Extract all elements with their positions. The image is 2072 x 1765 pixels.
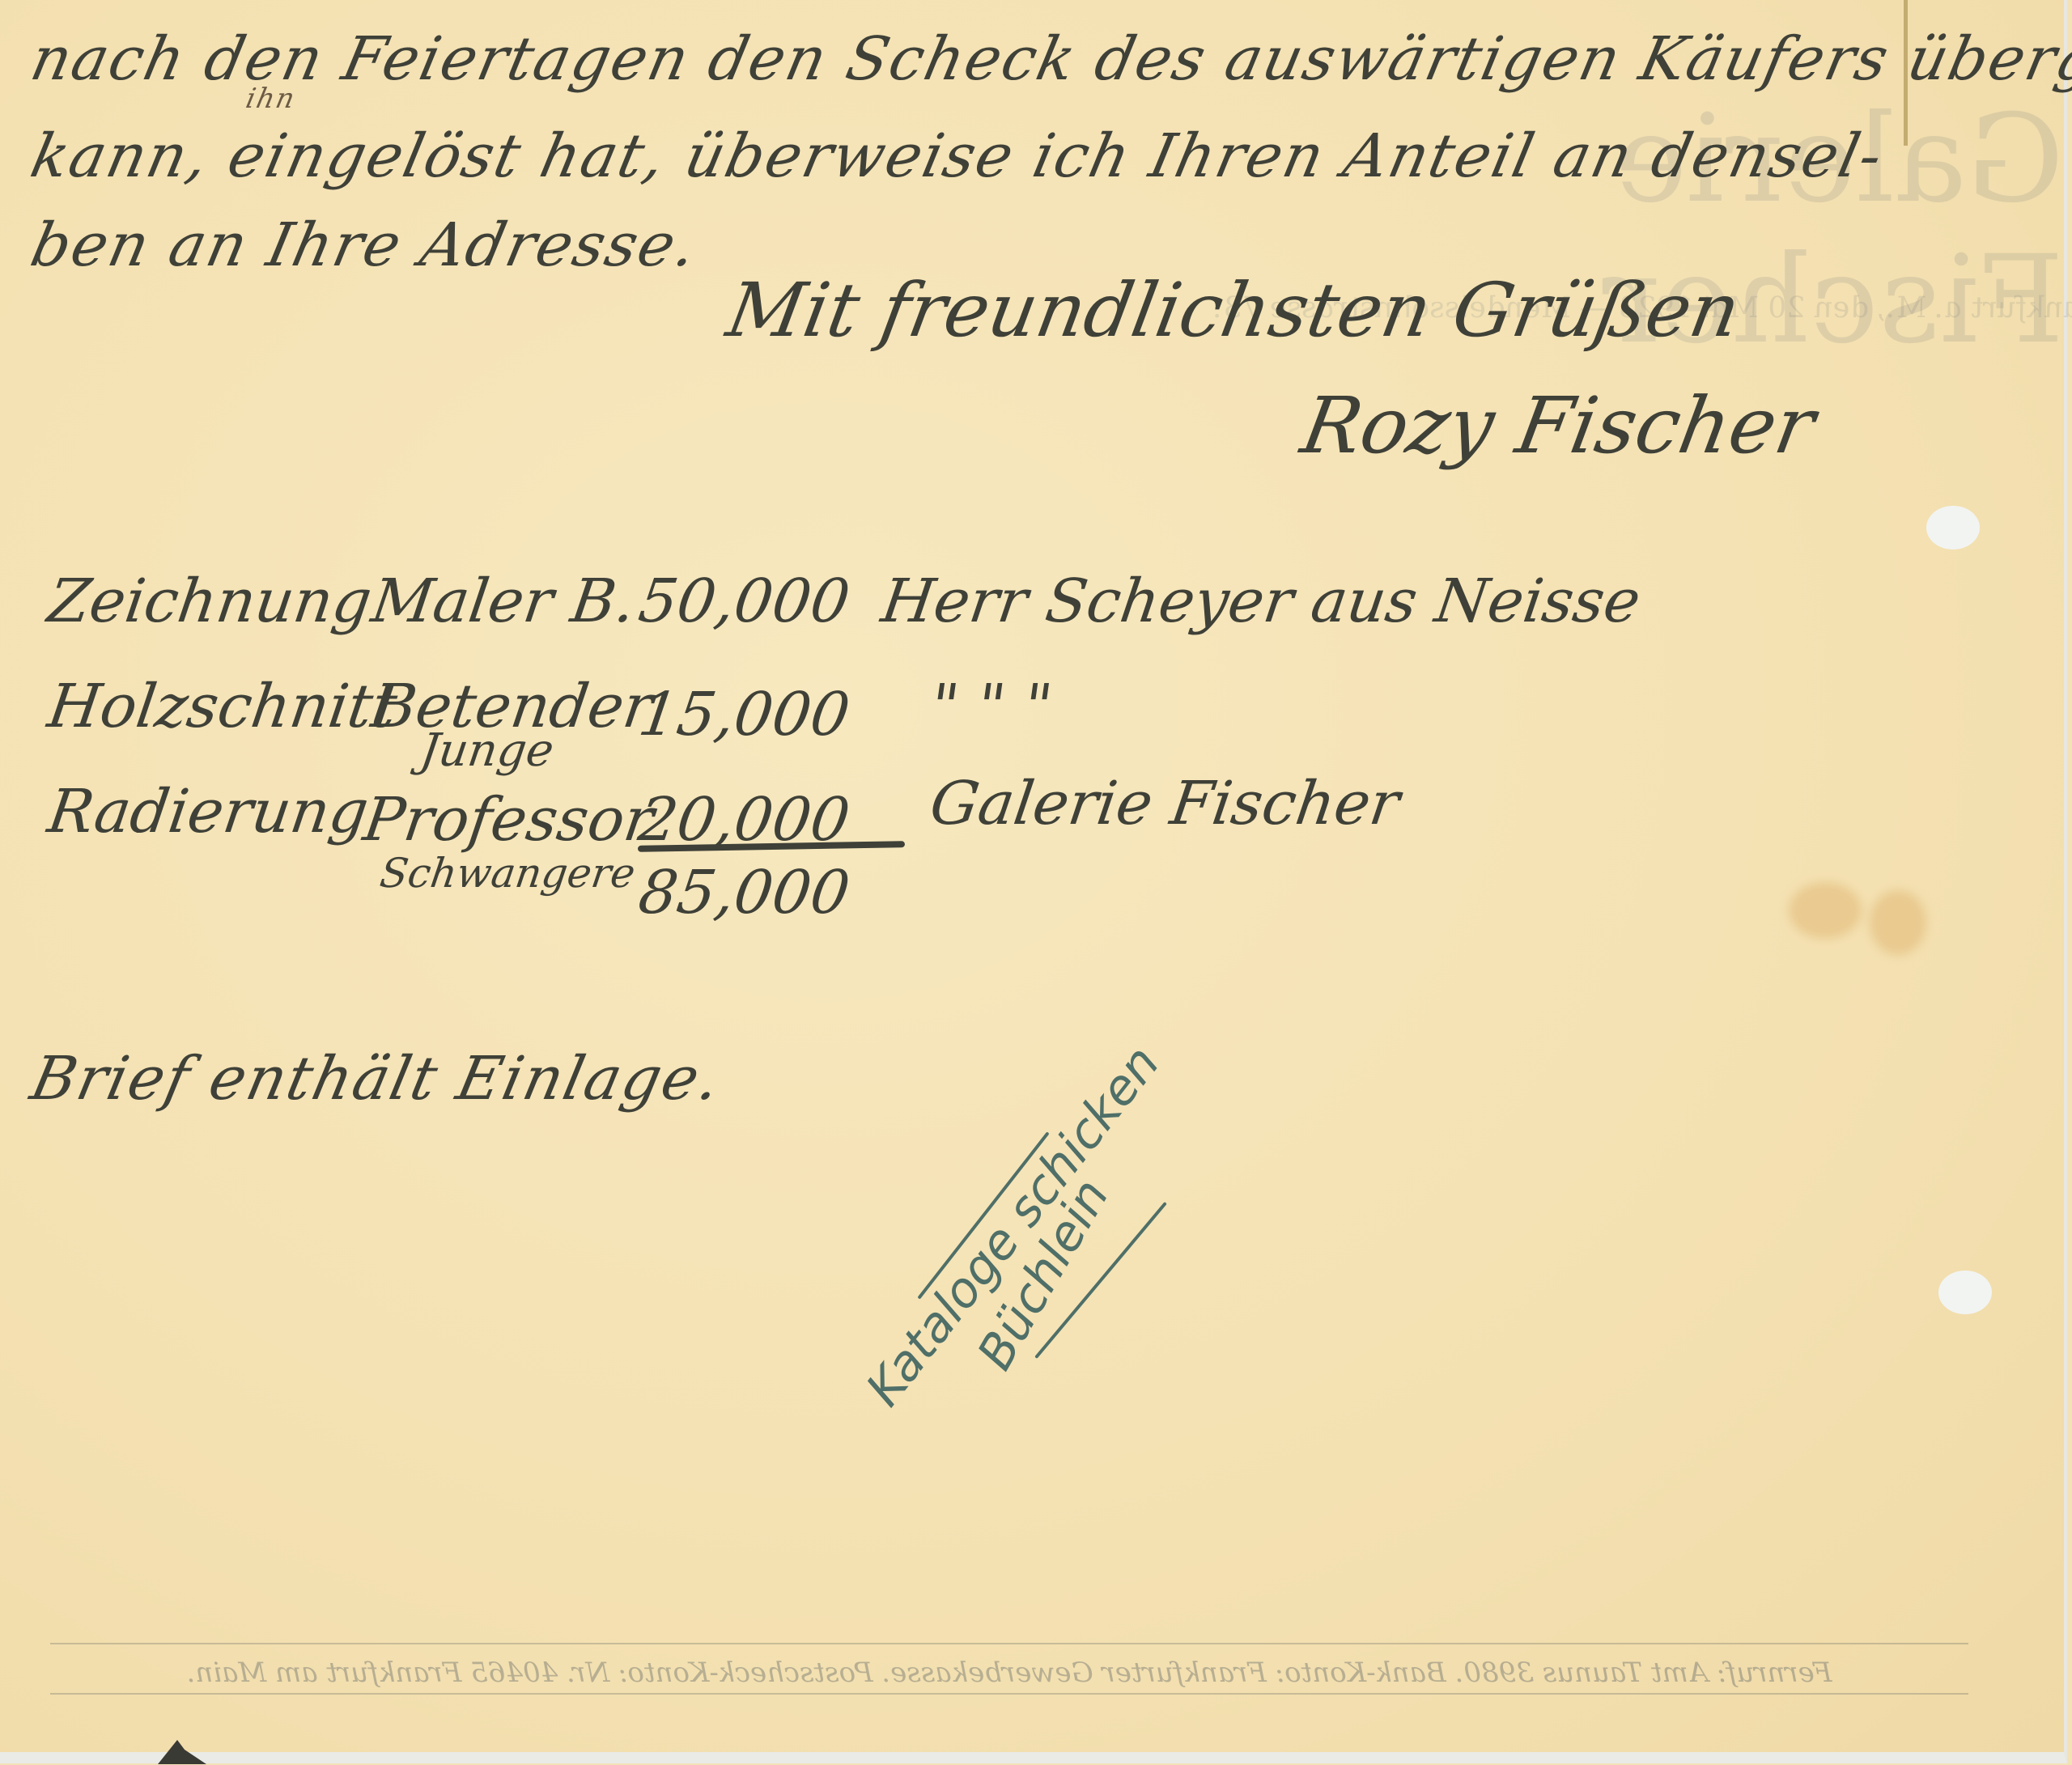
closing-greeting: Mit freundlichsten Grüßen xyxy=(721,267,1747,354)
body-line-2-start: kann, xyxy=(25,121,216,191)
stain xyxy=(1789,882,1862,939)
stain xyxy=(1870,890,1926,955)
body-line-1: nach den Feiertagen den Scheck des auswä… xyxy=(25,24,2072,94)
letter-page: Galerie Fischer Frankfurt a. M., den 20 … xyxy=(0,0,2067,1763)
row-3-buyer: Galerie Fischer xyxy=(926,769,1403,838)
footer-bank-info: Fernruf: Amt Taunus 3980. Bank-Konto: Fr… xyxy=(50,1657,1968,1689)
total-amount: 85,000 xyxy=(635,858,854,927)
punch-hole-top xyxy=(1926,506,1980,549)
row-2-amount: 15,000 xyxy=(635,680,854,749)
row-1-buyer: Herr Scheyer aus Neisse xyxy=(877,566,1645,636)
punch-hole-bottom xyxy=(1938,1271,1992,1314)
row-2-buyer-ditto: " " " xyxy=(926,672,1056,741)
body-line-2-end: eingelöst hat, überweise ich Ihren Antei… xyxy=(222,121,1889,191)
row-3-artist-bottom: Schwangere xyxy=(377,850,639,897)
footer-rule-bottom xyxy=(50,1693,1968,1695)
enclosure-note: Brief enthält Einlage. xyxy=(25,1044,728,1114)
row-3-medium: Radierung xyxy=(44,777,373,846)
footer-rule-top xyxy=(50,1643,1968,1644)
inserted-word: ihn xyxy=(243,83,299,115)
body-line-2: kann, ihn eingelöst hat, überweise ich I… xyxy=(25,121,1890,191)
row-2-medium: Holzschnitt xyxy=(44,672,401,741)
row-1-medium: Zeichnung xyxy=(44,566,376,636)
row-1-amount: 50,000 xyxy=(635,566,854,636)
row-1-artist: Maler B. xyxy=(367,566,639,636)
signature: Rozy Fischer xyxy=(1295,380,1821,471)
ink-smudge xyxy=(158,1740,206,1764)
row-3-artist: Professor xyxy=(359,785,658,855)
body-line-3: ben an Ihre Adresse. xyxy=(25,210,704,280)
row-3-artist-top: Junge xyxy=(417,724,557,777)
